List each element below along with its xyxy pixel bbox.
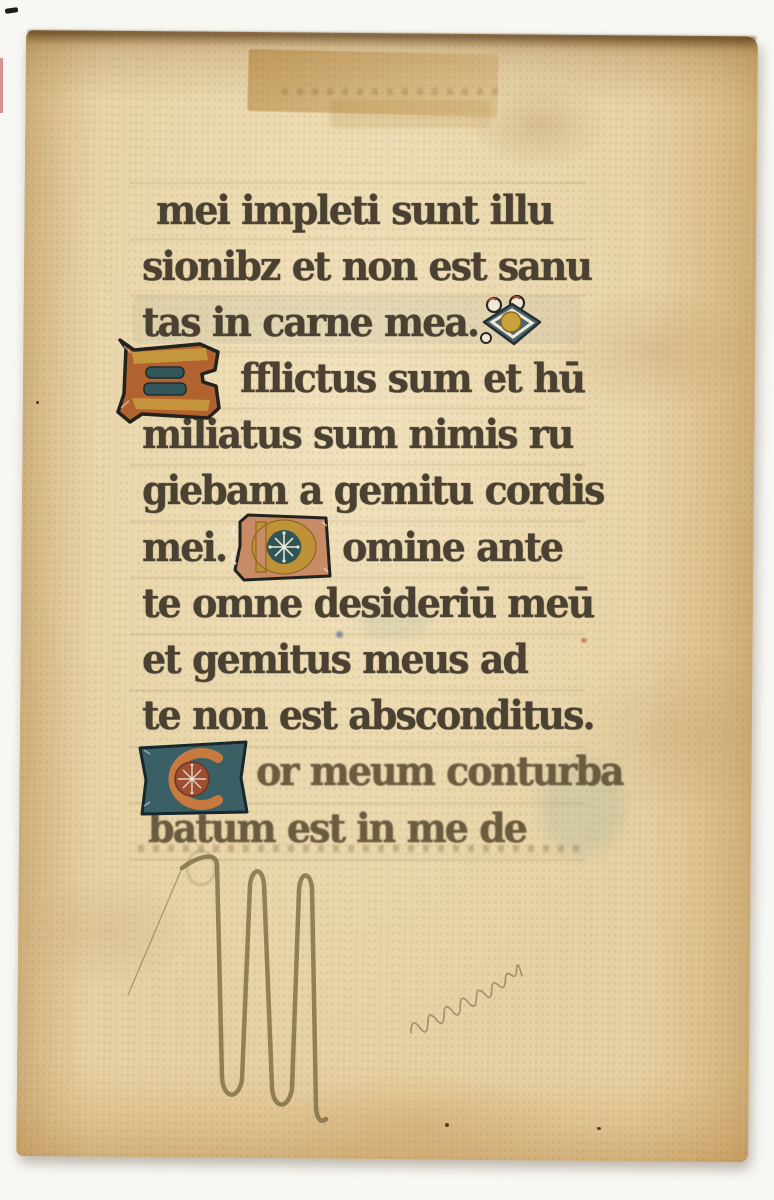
text-line-11: or meum conturba [256,747,623,796]
line-filler-ornament [474,294,546,348]
scanner-red-line [0,58,3,113]
text-line-4: fflictus sum et hū [240,354,584,403]
text-line-6: giebam a gemitu cordis [142,466,603,515]
scanner-edge-mark [5,7,19,14]
text-line-10: te non est absconditus. [142,691,594,740]
scanned-manuscript-page: mei impleti sunt illu sionibz et non est… [0,0,774,1200]
ink-offset-row-top [282,88,500,95]
tape-stain-shadow [330,100,490,128]
illuminated-initial-d [232,512,334,584]
text-line-9: et gemitus meus ad [142,635,527,684]
dark-speck [445,1123,449,1127]
dark-speck [36,401,39,404]
text-line-7-before-initial: mei. [142,523,226,572]
text-line-1: mei impleti sunt illu [156,186,552,235]
pen-flourish [100,840,360,1130]
illuminated-initial-c [136,740,250,816]
text-line-8: te omne desideriū meū [142,579,593,628]
text-line-2: sionibz et non est sanu [142,242,591,291]
text-line-7-after-initial: omine ante [342,523,562,572]
dark-speck [597,1127,601,1130]
illuminated-initial-a [112,338,224,424]
